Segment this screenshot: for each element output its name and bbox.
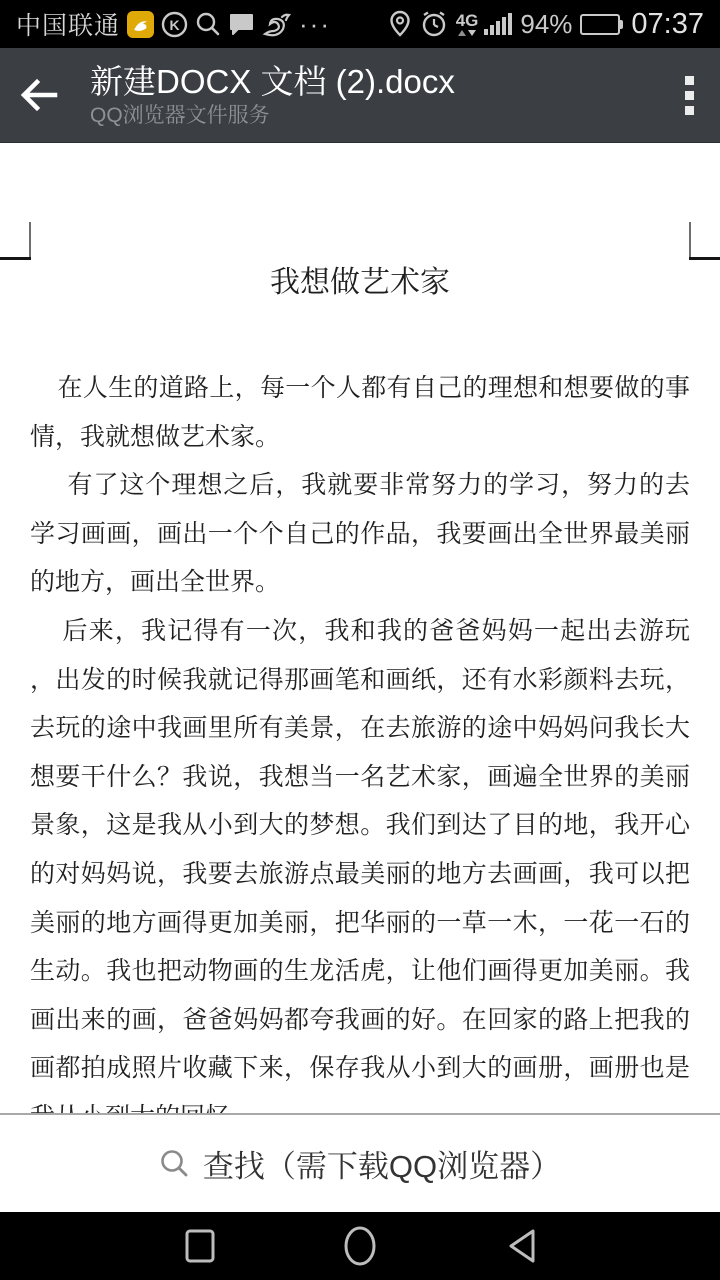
doc-text-line: ，出发的时候我就记得那画笔和画纸，还有水彩颜料去玩， bbox=[30, 656, 690, 705]
page-margin-mark-right-h bbox=[689, 257, 720, 260]
doc-text-line: 有了这个理想之后，我就要非常努力的学习，努力的去 bbox=[30, 461, 690, 510]
doc-body: 在人生的道路上，每一个人都有自己的理想和想要做的事情，我就想做艺术家。有了这个理… bbox=[30, 364, 690, 1113]
alarm-clock-icon bbox=[420, 10, 448, 38]
doc-text-line: 学习画画，画出一个个自己的作品，我要画出全世界最美丽 bbox=[30, 510, 690, 559]
search-icon bbox=[159, 1148, 191, 1180]
doc-text-line: 的对妈妈说，我要去旅游点最美丽的地方去画画，我可以把 bbox=[30, 850, 690, 899]
page-margin-mark-left bbox=[29, 222, 31, 259]
status-time-label: 07:37 bbox=[631, 8, 704, 41]
nav-back-button[interactable] bbox=[482, 1212, 562, 1280]
network-type-indicator: 4G bbox=[456, 12, 479, 36]
android-nav-bar bbox=[0, 1212, 720, 1280]
more-notifications-icon: ··· bbox=[299, 11, 331, 38]
network-label: 4G bbox=[456, 12, 479, 29]
home-button[interactable] bbox=[320, 1212, 400, 1280]
page-margin-mark-right bbox=[689, 222, 691, 259]
document-viewer[interactable]: 我想做艺术家 在人生的道路上，每一个人都有自己的理想和想要做的事情，我就想做艺术… bbox=[0, 143, 720, 1113]
overflow-menu-button[interactable] bbox=[679, 68, 700, 123]
doc-text-line: 在人生的道路上，每一个人都有自己的理想和想要做的事 bbox=[30, 364, 690, 413]
doc-text-line: 情，我就想做艺术家。 bbox=[30, 413, 690, 462]
doc-text-line: 景象，这是我从小到大的梦想。我们到达了目的地，我开心 bbox=[30, 801, 690, 850]
doc-text-line: 去玩的途中我画里所有美景，在去旅游的途中妈妈问我长大 bbox=[30, 704, 690, 753]
doc-text-line: 生动。我也把动物画的生龙活虎，让他们画得更加美丽。我 bbox=[30, 947, 690, 996]
page-margin-mark-left-h bbox=[0, 257, 31, 260]
signal-strength-icon bbox=[484, 13, 512, 35]
doc-text-line: 我从小到大的回忆。 bbox=[30, 1093, 690, 1113]
essay-title: 我想做艺术家 bbox=[0, 266, 720, 300]
doc-text-line: 后来，我记得有一次，我和我的爸爸妈妈一起出去游玩 bbox=[30, 607, 690, 656]
recents-square-icon bbox=[185, 1229, 215, 1263]
data-arrows-icon bbox=[458, 30, 476, 36]
svg-text:K: K bbox=[169, 17, 179, 33]
battery-percent-label: 94% bbox=[520, 9, 572, 40]
doc-text-line: 想要干什么？我说，我想当一名艺术家，画遍全世界的美丽 bbox=[30, 753, 690, 802]
phone-screen: 中国联通 K ··· bbox=[0, 0, 720, 1280]
find-label: 查找（需下载QQ浏览器） bbox=[203, 1141, 561, 1186]
status-bar: 中国联通 K ··· bbox=[0, 0, 720, 48]
doc-text-line: 的地方，画出全世界。 bbox=[30, 558, 690, 607]
uc-squirrel-icon bbox=[262, 11, 292, 37]
message-bubble-icon bbox=[228, 12, 255, 37]
k-circle-icon: K bbox=[161, 11, 188, 38]
doc-text-line: 画都拍成照片收藏下来，保存我从小到大的画册，画册也是 bbox=[30, 1044, 690, 1093]
service-subtitle: QQ浏览器文件服务 bbox=[90, 103, 455, 129]
document-filename: 新建DOCX 文档 (2).docx bbox=[90, 62, 455, 102]
app-header: 新建DOCX 文档 (2).docx QQ浏览器文件服务 bbox=[0, 48, 720, 143]
back-triangle-icon bbox=[506, 1227, 538, 1265]
carrier-label: 中国联通 bbox=[16, 6, 120, 42]
bird-glyph-icon bbox=[131, 15, 150, 34]
doc-text-line: 美丽的地方画得更加美丽，把华丽的一草一木，一花一石的 bbox=[30, 899, 690, 948]
recents-button[interactable] bbox=[160, 1212, 240, 1280]
back-arrow-icon bbox=[20, 78, 58, 112]
location-icon bbox=[388, 10, 412, 38]
home-circle-icon bbox=[342, 1225, 378, 1267]
back-button[interactable] bbox=[20, 65, 72, 125]
notification-app-icon bbox=[127, 11, 154, 38]
header-titles: 新建DOCX 文档 (2).docx QQ浏览器文件服务 bbox=[90, 62, 455, 129]
find-in-doc-bar[interactable]: 查找（需下载QQ浏览器） bbox=[0, 1113, 720, 1212]
search-status-icon bbox=[195, 11, 221, 37]
doc-text-line: 画出来的画，爸爸妈妈都夸我画的好。在回家的路上把我的 bbox=[30, 996, 690, 1045]
battery-icon bbox=[580, 14, 623, 35]
